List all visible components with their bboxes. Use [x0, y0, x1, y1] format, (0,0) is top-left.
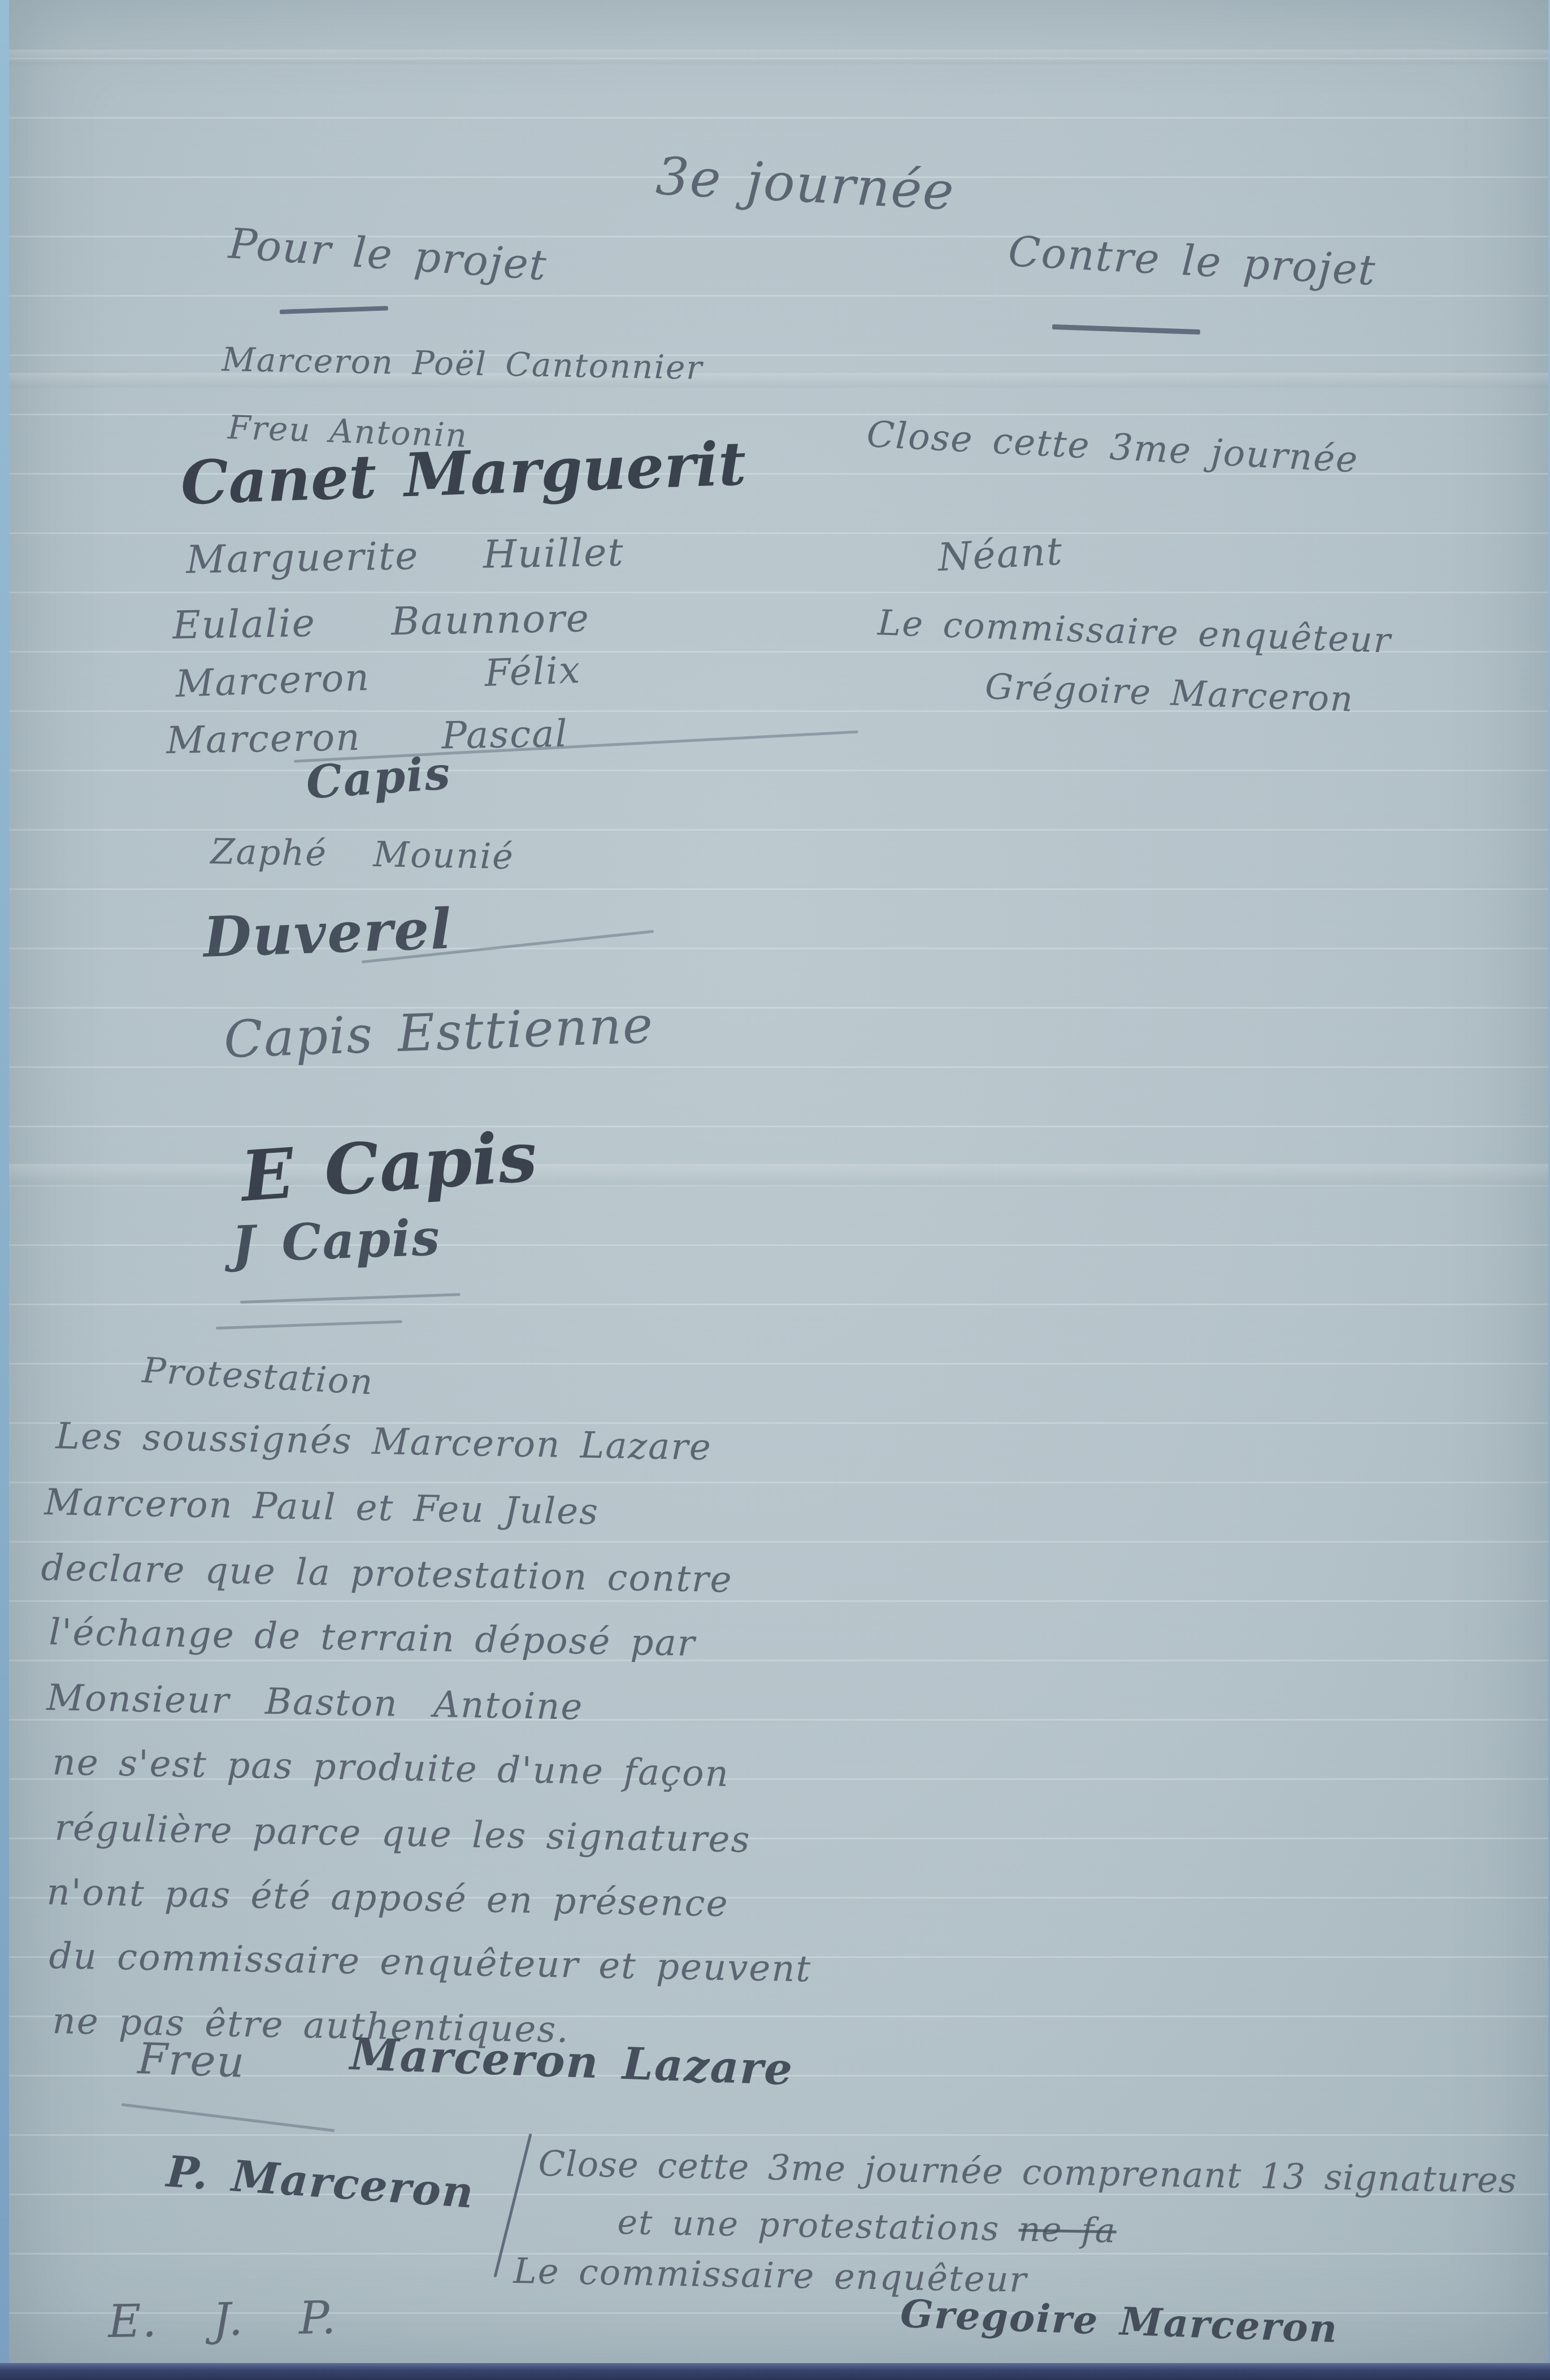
paper-crease: [9, 1164, 1548, 1187]
signature-line: J Capis: [231, 1208, 441, 1274]
scan-edge-bottom: [0, 2363, 1550, 2380]
paper-crease: [9, 50, 1548, 64]
signature-line: Zaphé Mounié: [210, 831, 514, 877]
protest-signature-freu: Freu: [137, 2033, 246, 2087]
signature-line: Eulalie Baunnore: [172, 596, 591, 648]
signature-line: Duverel: [202, 897, 453, 970]
signature-line: Marguerite Huillet: [186, 530, 625, 583]
closing-initials: E. J. P.: [107, 2291, 337, 2348]
right-note: Néant: [937, 529, 1064, 580]
scanned-document-photo: { "colors": { "paper": "#b4c3c9", "ink":…: [0, 0, 1550, 2380]
signature-line: Capis: [304, 746, 453, 809]
closing-protest-struck-text: ne fa: [1018, 2209, 1117, 2251]
closing-protest-text: et une protestations: [617, 2203, 1000, 2249]
